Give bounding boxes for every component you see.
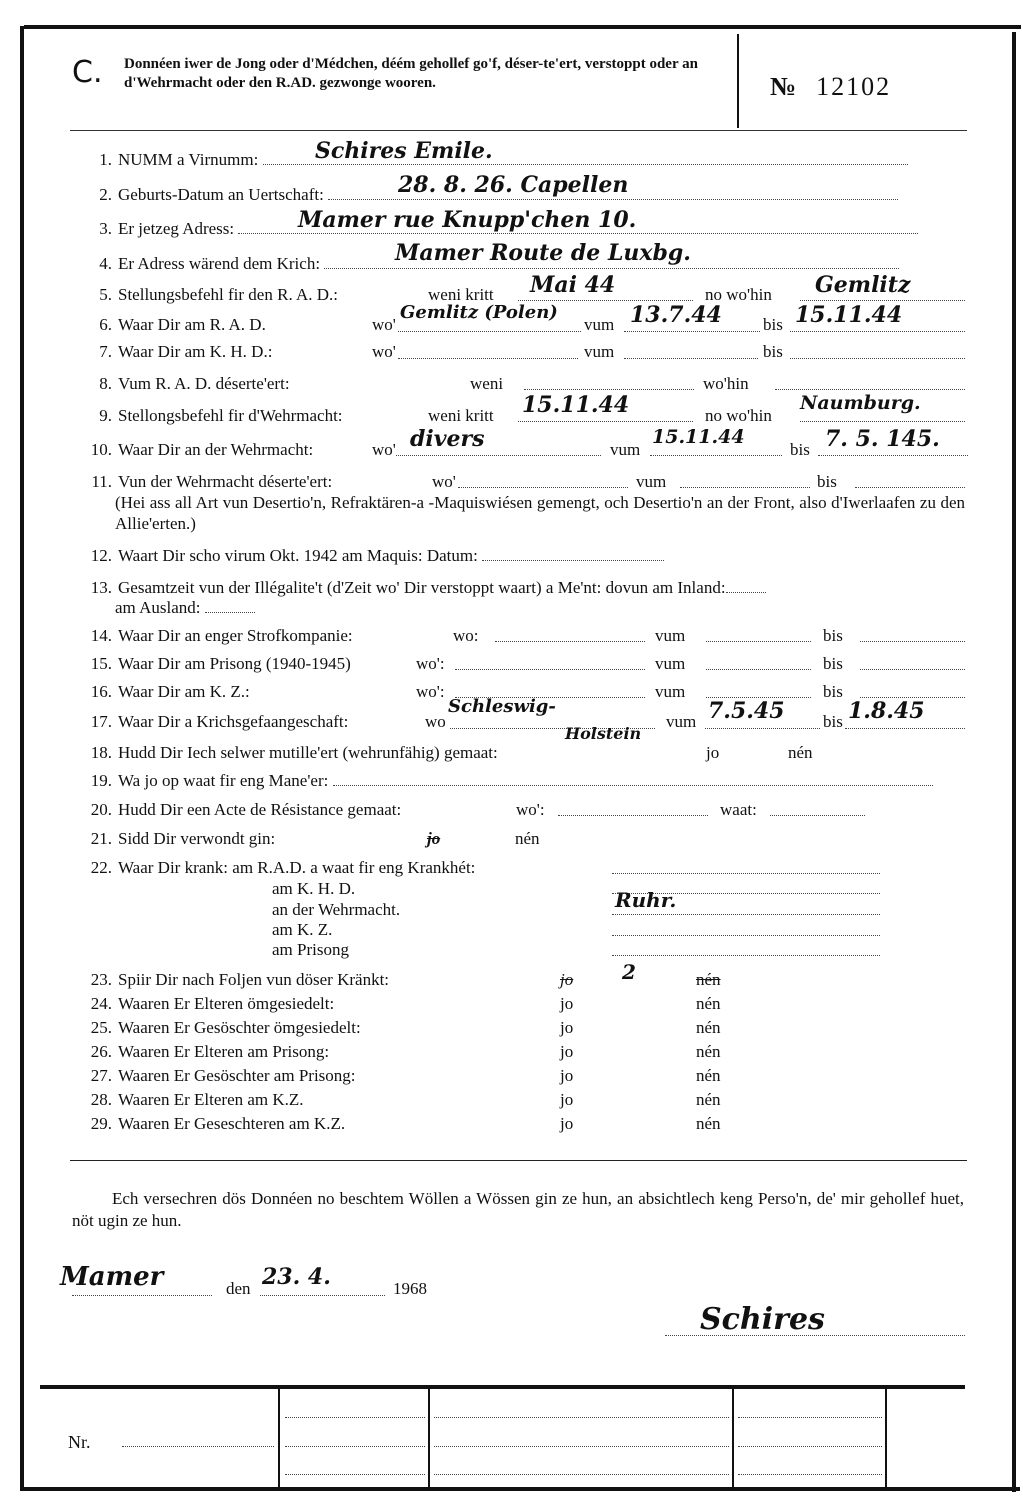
number-sign-icon: № [770, 72, 798, 101]
field-13-ausland: am Ausland: [115, 598, 255, 618]
field-6-wo-value: Gemlitz (Polen) [400, 302, 558, 323]
frame-border-left [20, 26, 24, 1491]
field-number: 9. [78, 406, 112, 426]
sub-label: am Prisong [272, 940, 349, 960]
footer-line[interactable] [434, 1446, 729, 1447]
field-number: 27. [78, 1066, 112, 1086]
field-27: 27.Waaren Er Gesöschter am Prisong: [78, 1066, 356, 1086]
frame-border-top [24, 25, 1021, 29]
wo-label: wo' [372, 315, 396, 335]
field-1: 1.NUMM a Virnumm: [78, 150, 908, 170]
bis-label: bis [823, 654, 843, 674]
field-label: Waar Dir an der Wehrmacht: [118, 440, 313, 459]
footer-rule [40, 1385, 965, 1389]
field-label: Waar Dir am K. Z.: [118, 682, 250, 701]
field-number: 19. [78, 771, 112, 791]
form-title: Donnéen iwer de Jong oder d'Médchen, déé… [124, 55, 724, 93]
field-label: Spiir Dir nach Foljen vun döser Kränkt: [118, 970, 389, 989]
field-2-value: 28. 8. 26. Capellen [398, 172, 628, 198]
field-number: 21. [78, 829, 112, 849]
field-line[interactable] [770, 815, 865, 816]
option-nen[interactable]: nén [788, 743, 813, 763]
vum-label: vum [584, 315, 614, 335]
bis-label: bis [823, 626, 843, 646]
field-9-weni-value: 15.11.44 [522, 392, 629, 418]
field-11: 11.Vun der Wehrmacht déserte'ert: [78, 472, 332, 492]
option-nen[interactable]: nén [696, 994, 721, 1014]
field-label: Sidd Dir verwondt gin: [118, 829, 275, 848]
field-14: 14.Waar Dir an enger Strofkompanie: [78, 626, 353, 646]
place-line[interactable] [72, 1295, 212, 1296]
field-label: Vun der Wehrmacht déserte'ert: [118, 472, 332, 491]
field-number: 23. [78, 970, 112, 990]
bis-label: bis [823, 712, 843, 732]
field-label: Waar Dir an enger Strofkompanie: [118, 626, 353, 645]
field-label: Waar Dir krank: am R.A.D. a waat fir eng… [118, 858, 475, 877]
footer-nr-line[interactable] [122, 1446, 274, 1447]
field-17-wo-value: Schleswig- [448, 696, 556, 717]
option-nen[interactable]: nén [515, 829, 540, 849]
field-number: 28. [78, 1090, 112, 1110]
wo-label: wo': [516, 800, 545, 820]
field-17: 17.Waar Dir a Krichsgefaangeschaft: [78, 712, 348, 732]
option-jo[interactable]: jo [706, 743, 719, 763]
field-line[interactable] [800, 421, 965, 422]
field-label: Vum R. A. D. déserte'ert: [118, 374, 290, 393]
header-divider [737, 34, 739, 128]
field-22: 22.Waar Dir krank: am R.A.D. a waat fir … [78, 858, 475, 878]
sub-label: am K. H. D. [272, 879, 355, 899]
vum-label: vum [655, 682, 685, 702]
footer-line[interactable] [738, 1417, 882, 1418]
field-24: 24.Waaren Er Elteren ömgesiedelt: [78, 994, 334, 1014]
field-line[interactable] [855, 487, 965, 488]
option-nen[interactable]: nén [696, 1018, 721, 1038]
field-number: 25. [78, 1018, 112, 1038]
field-line[interactable] [612, 955, 880, 956]
field-label: Hudd Dir een Acte de Résistance gemaat: [118, 800, 401, 819]
field-number: 12. [78, 546, 112, 566]
field-10-wo-value: divers [410, 426, 485, 452]
option-nen[interactable]: nén [696, 1114, 721, 1134]
signature-year: 1968 [393, 1279, 427, 1299]
field-16: 16.Waar Dir am K. Z.: [78, 682, 250, 702]
field-label: Waaren Er Elteren am Prisong: [118, 1042, 329, 1061]
field-number: 13. [78, 578, 112, 598]
field-line[interactable] [706, 669, 811, 670]
field-label: Waaren Er Elteren ömgesiedelt: [118, 994, 334, 1013]
field-29: 29.Waaren Er Geseschteren am K.Z. [78, 1114, 345, 1134]
frame-border-right [1012, 32, 1016, 1492]
footer-line[interactable] [738, 1474, 882, 1475]
field-number: 11. [78, 472, 112, 492]
field-19: 19.Wa jo op waat fir eng Mane'er: [78, 771, 933, 791]
field-17-wo-value-2: Holstein [565, 724, 641, 743]
field-28: 28.Waaren Er Elteren am K.Z. [78, 1090, 304, 1110]
field-number: 15. [78, 654, 112, 674]
den-label: den [226, 1279, 251, 1299]
field-7: 7.Waar Dir am K. H. D.: [78, 342, 272, 362]
field-line[interactable] [860, 641, 965, 642]
field-label: Er Adress wärend dem Krich: [118, 254, 320, 273]
field-1-value: Schires Emile. [315, 138, 493, 164]
field-label: Waaren Er Elteren am K.Z. [118, 1090, 304, 1109]
wo-label: wo' [372, 440, 396, 460]
option-jo[interactable]: jo [560, 1066, 573, 1086]
field-number: 26. [78, 1042, 112, 1062]
option-jo[interactable]: jo [560, 1114, 573, 1134]
waat-label: waat: [720, 800, 757, 820]
field-line[interactable] [612, 914, 880, 915]
wo-label: wo' [432, 472, 456, 492]
field-22-wehrmacht-value: Ruhr. [615, 888, 676, 912]
footer-line[interactable] [434, 1474, 729, 1475]
field-label: Waaren Er Gesöschter am Prisong: [118, 1066, 356, 1085]
field-number: 6. [78, 315, 112, 335]
field-label: Waar Dir am R. A. D. [118, 315, 266, 334]
sub-label: am K. Z. [272, 920, 332, 940]
field-label: Waar Dir am K. H. D.: [118, 342, 272, 361]
field-5-weni-value: Mai 44 [530, 272, 615, 298]
field-label: Wa jo op waat fir eng Mane'er: [118, 771, 328, 790]
field-20: 20.Hudd Dir een Acte de Résistance gemaa… [78, 800, 401, 820]
field-label: Waar Dir am Prisong (1940-1945) [118, 654, 351, 673]
vum-label: vum [584, 342, 614, 362]
signature-value: Schires [700, 1302, 825, 1337]
field-number: 29. [78, 1114, 112, 1134]
footer-column-divider [278, 1388, 280, 1488]
option-jo[interactable]: jo [560, 994, 573, 1014]
declaration-text: Ech versechren dös Donnéen no beschtem W… [72, 1188, 964, 1232]
field-label: am Ausland: [115, 598, 200, 617]
field-17-bis-value: 1.8.45 [848, 698, 925, 724]
field-label: Waart Dir scho virum Okt. 1942 am Maquis… [118, 546, 478, 565]
bis-label: bis [790, 440, 810, 460]
field-line[interactable] [612, 873, 880, 874]
field-3-value: Mamer rue Knupp'chen 10. [298, 207, 636, 233]
footer-column-divider [885, 1388, 887, 1488]
option-jo[interactable]: jo [560, 1090, 573, 1110]
field-number: 18. [78, 743, 112, 763]
field-number: 8. [78, 374, 112, 394]
field-17-vum-value: 7.5.45 [708, 698, 785, 724]
field-line[interactable] [518, 421, 693, 422]
field-line[interactable] [398, 331, 581, 332]
field-line[interactable] [705, 728, 820, 729]
form-number-value: 12102 [816, 72, 891, 101]
field-line[interactable] [398, 358, 578, 359]
field-line[interactable] [612, 935, 880, 936]
signature-date-value: 23. 4. [262, 1264, 331, 1290]
field-5: 5.Stellungsbefehl fir den R. A. D.: [78, 285, 338, 305]
field-18: 18.Hudd Dir Iech selwer mutille'ert (weh… [78, 743, 498, 763]
date-line[interactable] [260, 1295, 385, 1296]
vum-label: vum [655, 654, 685, 674]
field-number: 14. [78, 626, 112, 646]
field-label: Waaren Er Geseschteren am K.Z. [118, 1114, 345, 1133]
form-page: C. Donnéen iwer de Jong oder d'Médchen, … [0, 0, 1023, 1508]
field-number: 4. [78, 254, 112, 274]
field-line[interactable] [396, 455, 601, 456]
footer-nr-label: Nr. [68, 1432, 91, 1453]
field-23: 23.Spiir Dir nach Foljen vun döser Kränk… [78, 970, 389, 990]
field-line[interactable] [706, 641, 811, 642]
field-10-bis-value: 7. 5. 145. [825, 426, 940, 452]
sub-label: an der Wehrmacht. [272, 900, 400, 920]
field-line[interactable] [558, 815, 708, 816]
option-nen[interactable]: nén [696, 1090, 721, 1110]
field-line[interactable] [790, 331, 965, 332]
field-line[interactable] [775, 389, 965, 390]
field-line[interactable] [333, 772, 933, 786]
field-line[interactable] [680, 487, 810, 488]
field-line[interactable] [650, 455, 782, 456]
field-line[interactable] [518, 300, 693, 301]
option-jo[interactable]: jo [560, 1018, 573, 1038]
field-line[interactable] [455, 669, 645, 670]
option-jo[interactable]: jo [560, 1042, 573, 1062]
field-label: Stellungsbefehl fir den R. A. D.: [118, 285, 338, 304]
field-line[interactable] [458, 487, 628, 488]
field-line[interactable] [726, 579, 766, 593]
field-line[interactable] [524, 389, 694, 390]
bis-label: bis [817, 472, 837, 492]
field-number: 16. [78, 682, 112, 702]
field-label: Waar Dir a Krichsgefaangeschaft: [118, 712, 348, 731]
field-6-vum-value: 13.7.44 [630, 302, 722, 328]
field-5-wohin-value: Gemlitz [815, 272, 910, 298]
weni-label: weni kritt [428, 406, 494, 426]
wohin-label: wo'hin [703, 374, 749, 394]
field-4-value: Mamer Route de Luxbg. [395, 240, 691, 266]
field-25: 25.Waaren Er Gesöschter ömgesiedelt: [78, 1018, 361, 1038]
signature-place-value: Mamer [60, 1262, 163, 1292]
section-rule [70, 1160, 967, 1161]
field-label: NUMM a Virnumm: [118, 150, 258, 169]
field-label: Gesamtzeit vun der Illégalite't (d'Zeit … [118, 578, 726, 597]
section-letter: C. [72, 55, 102, 90]
field-26: 26.Waaren Er Elteren am Prisong: [78, 1042, 329, 1062]
field-line[interactable] [800, 300, 965, 301]
field-10-vum-value: 15.11.44 [652, 426, 745, 448]
field-label: Waaren Er Gesöschter ömgesiedelt: [118, 1018, 361, 1037]
field-12: 12.Waart Dir scho virum Okt. 1942 am Maq… [78, 546, 664, 566]
footer-column-divider [732, 1388, 734, 1488]
footer-line[interactable] [738, 1446, 882, 1447]
field-line[interactable] [860, 669, 965, 670]
bis-label: bis [763, 315, 783, 335]
field-10: 10.Waar Dir an der Wehrmacht: [78, 440, 313, 460]
field-13: 13.Gesamtzeit vun der Illégalite't (d'Ze… [78, 578, 766, 598]
field-label: Hudd Dir Iech selwer mutille'ert (wehrun… [118, 743, 498, 762]
wo-label: wo: [453, 626, 479, 646]
field-9-wohin-value: Naumburg. [800, 392, 921, 414]
field-number: 20. [78, 800, 112, 820]
field-line[interactable] [205, 599, 255, 613]
field-6: 6.Waar Dir am R. A. D. [78, 315, 266, 335]
footer-line[interactable] [285, 1474, 425, 1475]
field-label: Geburts-Datum an Uertschaft: [118, 185, 324, 204]
field-number: 7. [78, 342, 112, 362]
field-15: 15.Waar Dir am Prisong (1940-1945) [78, 654, 351, 674]
field-11-note: (Hei ass all Art vun Desertio'n, Refrakt… [115, 492, 965, 534]
field-number: 17. [78, 712, 112, 732]
field-9: 9.Stellongsbefehl fir d'Wehrmacht: [78, 406, 343, 426]
field-line[interactable] [624, 331, 760, 332]
footer-line[interactable] [434, 1417, 729, 1418]
wohin-label: no wo'hin [705, 406, 772, 426]
wo-label: wo': [416, 682, 445, 702]
footer-line[interactable] [285, 1446, 425, 1447]
bis-label: bis [763, 342, 783, 362]
field-number: 10. [78, 440, 112, 460]
frame-border-bottom [20, 1487, 1020, 1491]
header-rule [70, 130, 967, 131]
vum-label: vum [655, 626, 685, 646]
field-line[interactable] [482, 547, 664, 561]
vum-label: vum [666, 712, 696, 732]
field-number: 2. [78, 185, 112, 205]
option-nen-struck[interactable]: nén [696, 970, 721, 990]
field-number: 1. [78, 150, 112, 170]
wo-label: wo': [416, 654, 445, 674]
field-number: 22. [78, 858, 112, 878]
option-jo-struck[interactable]: jo [560, 970, 573, 990]
field-8: 8.Vum R. A. D. déserte'ert: [78, 374, 290, 394]
option-nen[interactable]: nén [696, 1066, 721, 1086]
bis-label: bis [823, 682, 843, 702]
wo-label: wo [425, 712, 446, 732]
field-21: 21.Sidd Dir verwondt gin: [78, 829, 275, 849]
form-number: №12102 [770, 72, 891, 102]
field-line[interactable] [790, 358, 965, 359]
field-number: 5. [78, 285, 112, 305]
field-line[interactable] [845, 728, 965, 729]
wo-label: wo' [372, 342, 396, 362]
field-line[interactable] [495, 641, 645, 642]
field-label: Er jetzeg Adress: [118, 219, 234, 238]
field-label: Stellongsbefehl fir d'Wehrmacht: [118, 406, 343, 425]
field-line[interactable] [818, 455, 968, 456]
field-23-mark: 2 [622, 960, 636, 984]
field-number: 3. [78, 219, 112, 239]
field-6-bis-value: 15.11.44 [795, 302, 902, 328]
field-line[interactable] [624, 358, 758, 359]
footer-line[interactable] [285, 1417, 425, 1418]
weni-label: weni [470, 374, 503, 394]
field-number: 24. [78, 994, 112, 1014]
option-nen[interactable]: nén [696, 1042, 721, 1062]
option-jo-struck[interactable]: jo [427, 829, 440, 849]
vum-label: vum [610, 440, 640, 460]
footer-column-divider [428, 1388, 430, 1488]
vum-label: vum [636, 472, 666, 492]
